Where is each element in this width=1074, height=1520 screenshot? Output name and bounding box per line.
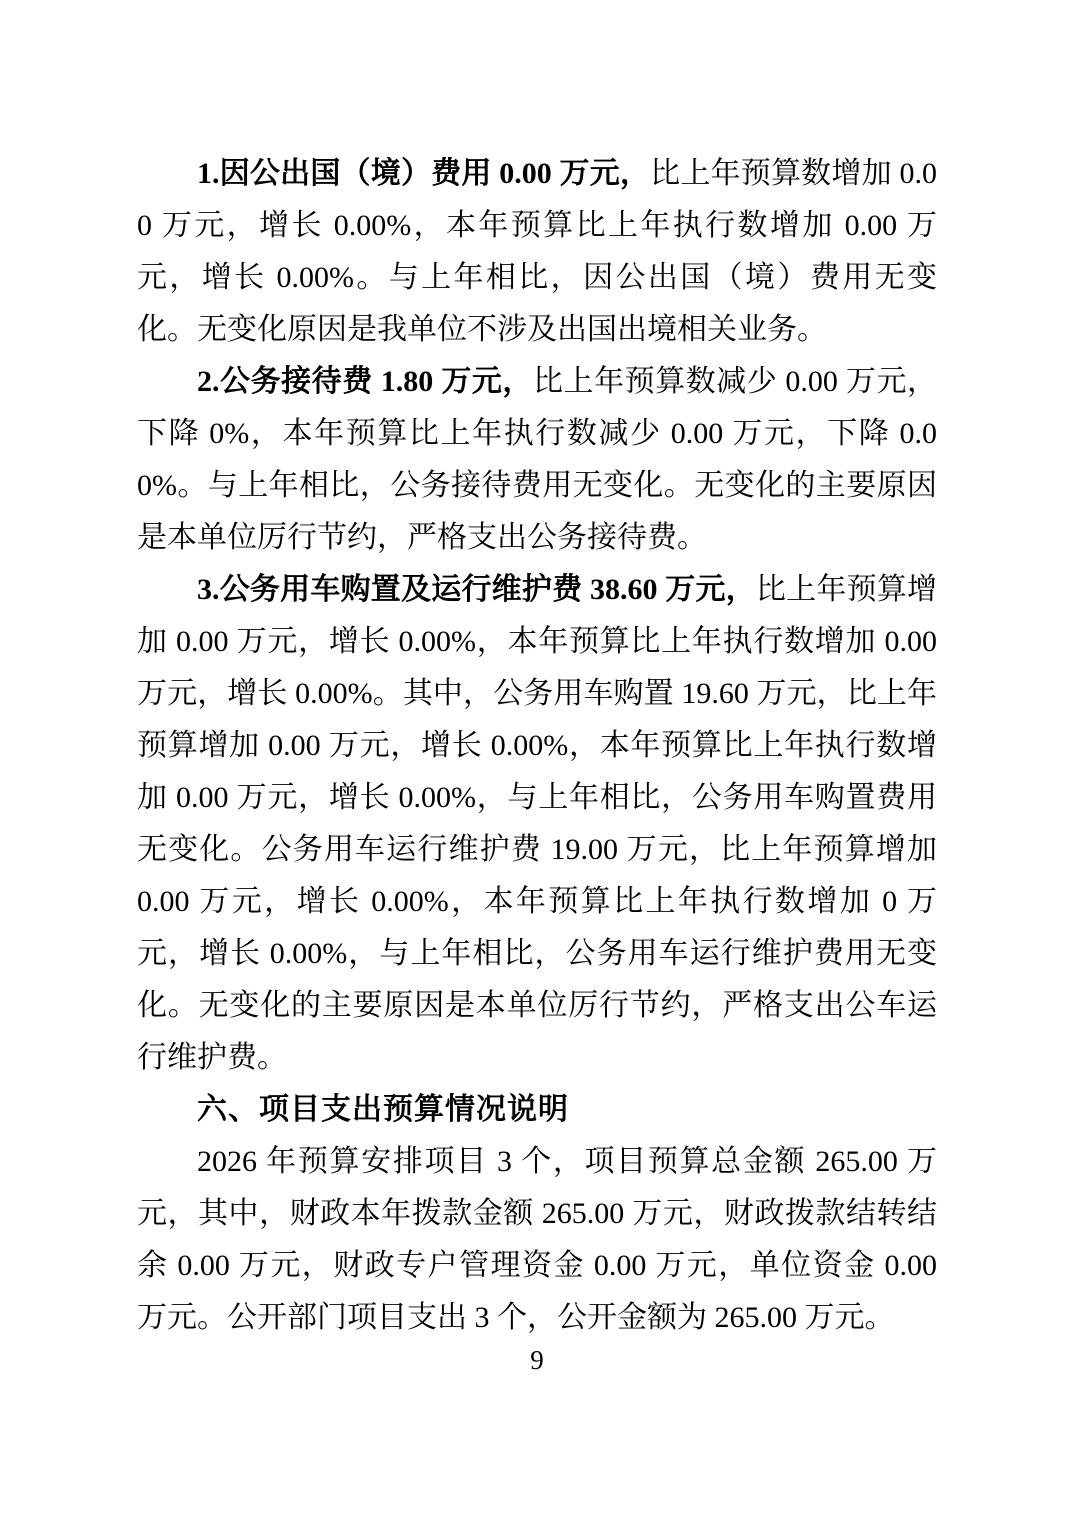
expense-item-3-text: 比上年预算增加 0.00 万元，增长 0.00%，本年预算比上年执行数增加 0.… — [137, 573, 937, 1074]
expense-item-3-paragraph: 3.公务用车购置及运行维护费 38.60 万元，比上年预算增加 0.00 万元，… — [137, 564, 937, 1084]
expense-item-2-lead: 2.公务接待费 1.80 万元， — [197, 365, 533, 398]
page-number: 9 — [0, 1344, 1074, 1376]
project-budget-paragraph: 2026 年预算安排项目 3 个，项目预算总金额 265.00 万元，其中，财政… — [137, 1136, 937, 1344]
document-body: 1.因公出国（境）费用 0.00 万元，比上年预算数增加 0.00 万元，增长 … — [137, 148, 937, 1344]
section-heading: 六、项目支出预算情况说明 — [137, 1084, 937, 1136]
expense-item-3-lead: 3.公务用车购置及运行维护费 38.60 万元， — [197, 573, 756, 606]
document-page: 1.因公出国（境）费用 0.00 万元，比上年预算数增加 0.00 万元，增长 … — [0, 0, 1074, 1520]
expense-item-1-lead: 1.因公出国（境）费用 0.00 万元， — [197, 157, 650, 190]
expense-item-2-paragraph: 2.公务接待费 1.80 万元，比上年预算数减少 0.00 万元，下降 0%，本… — [137, 356, 937, 564]
expense-item-1-paragraph: 1.因公出国（境）费用 0.00 万元，比上年预算数增加 0.00 万元，增长 … — [137, 148, 937, 356]
